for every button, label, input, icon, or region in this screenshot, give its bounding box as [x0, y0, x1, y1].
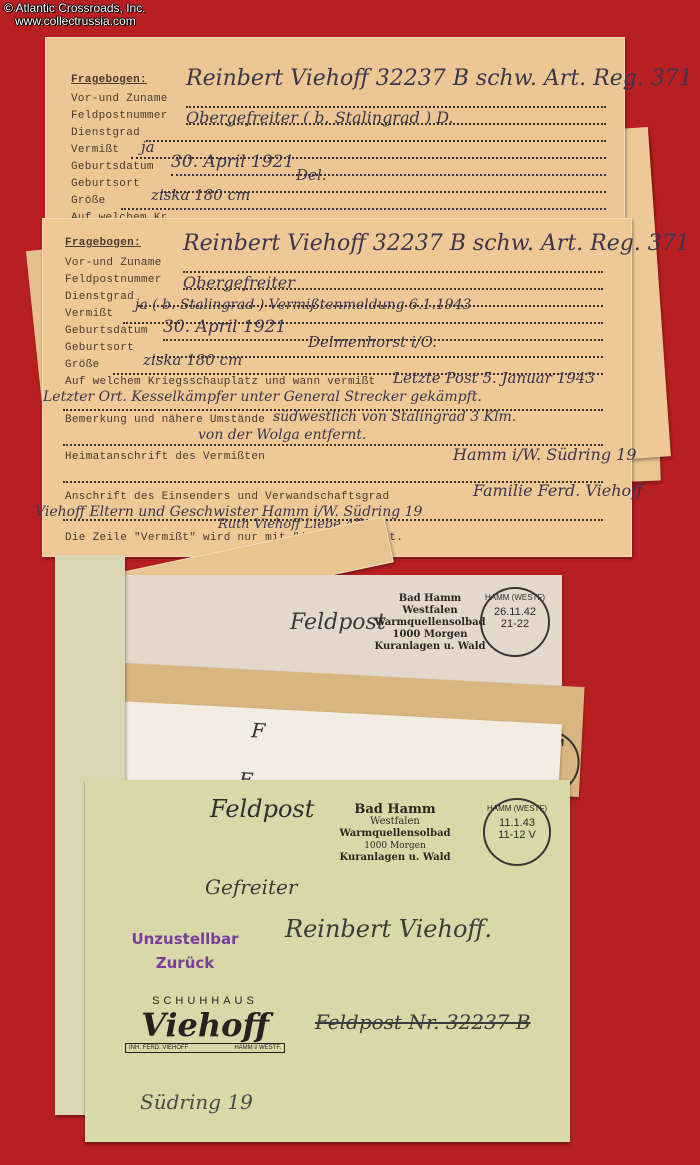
feldpost-number: Feldpost Nr. 32237 B: [315, 1010, 531, 1034]
front-height-handwriting: ziska 180 cm: [143, 351, 242, 369]
heimat-label: Heimatanschrift des Vermißten: [65, 451, 265, 463]
back-field-label: Größe: [71, 195, 106, 207]
back-field-label: Vor-und Zuname: [71, 93, 168, 105]
front-questionnaire-card: Fragebogen: Vor-und Zuname Feldpostnumme…: [42, 218, 632, 557]
front-name-handwriting: Reinbert Viehoff 32237 B schw. Art. Reg.…: [183, 231, 690, 256]
back-name-handwriting: Reinbert Viehoff 32237 B schw. Art. Reg.…: [186, 66, 693, 91]
envelope-1-slogan-stamp: Bad Hamm Westfalen Warmquellensolbad 100…: [360, 593, 500, 653]
front-field-label: Vor-und Zuname: [65, 257, 162, 269]
front-envelope-postmark: HAMM (WESTF) 11.1.43 11-12 V: [483, 798, 551, 866]
front-field-label: Geburtsort: [65, 342, 134, 354]
schuhhaus-viehoff-logo: SCHUHHAUS Viehoff INH. FERD. VIEHOFF HAM…: [125, 995, 285, 1053]
bemerkung-line2-handwriting: von der Wolga entfernt.: [198, 427, 366, 443]
front-card-title: Fragebogen:: [65, 237, 141, 249]
back-field-label: Geburtsdatum: [71, 161, 154, 173]
back-height-handwriting: ziska 180 cm: [151, 186, 250, 204]
front-birthplace-handwriting: Delmenhorst i/O.: [308, 333, 437, 351]
front-field-label: Geburtsdatum: [65, 325, 148, 337]
kriegsschauplatz-label: Auf welchem Kriegsschauplatz und wann ve…: [65, 376, 376, 388]
front-field-label: Größe: [65, 359, 100, 371]
front-envelope-slogan-stamp: Bad Hamm Westfalen Warmquellensolbad 100…: [325, 804, 465, 864]
bemerkung-handwriting: südwestlich von Stalingrad 3 Klm.: [273, 409, 516, 425]
front-missing-handwriting: ja ( b. Stalingrad ) Vermißtenmeldung 6.…: [135, 297, 471, 313]
back-field-label: Vermißt: [71, 144, 119, 156]
front-rank-handwriting: Obergefreiter: [183, 273, 295, 292]
front-envelope-feldpost: Feldpost: [210, 795, 314, 823]
heimat-handwriting: Hamm i/W. Südring 19: [453, 445, 637, 464]
back-birthdate-handwriting: 30. April 1921: [171, 152, 294, 172]
anschrift-handwriting: Familie Ferd. Viehoff: [473, 481, 643, 500]
sender-street: Südring 19: [140, 1090, 253, 1114]
front-birthdate-handwriting: 30. April 1921: [163, 317, 286, 337]
back-missing-handwriting: ja: [141, 138, 155, 156]
envelope-1-postmark: HAMM (WESTF) 26.11.42 21-22: [480, 587, 550, 657]
back-rank-handwriting: Obergefreiter ( b. Stalingrad ) D.: [186, 108, 454, 127]
bemerkung-label: Bemerkung und nähere Umstände: [65, 414, 265, 426]
front-field-label: Vermißt: [65, 308, 113, 320]
copyright-watermark: © Atlantic Crossroads, Inc. www.collectr…: [4, 2, 146, 28]
website-text: www.collectrussia.com: [4, 15, 146, 28]
front-field-label: Feldpostnummer: [65, 274, 162, 286]
kriegsschauplatz-line2-handwriting: Letzter Ort. Kesselkämpfer unter General…: [43, 389, 482, 405]
front-envelope: Feldpost Bad Hamm Westfalen Warmquellens…: [85, 780, 570, 1142]
unzustellbar-stamp: Unzustellbar Zurück: [125, 930, 245, 972]
anschrift-label: Anschrift des Einsenders und Verwandscha…: [65, 491, 389, 503]
kriegsschauplatz-handwriting: Letzte Post 5. Januar 1943: [393, 369, 595, 387]
back-card-title: Fragebogen:: [71, 74, 147, 86]
back-field-label: Feldpostnummer: [71, 110, 168, 122]
recipient-rank: Gefreiter: [205, 875, 297, 899]
front-field-label: Dienstgrad: [65, 291, 134, 303]
back-field-label: Dienstgrad: [71, 127, 140, 139]
back-birthplace-handwriting: Del.: [296, 166, 326, 184]
recipient-name: Reinbert Viehoff.: [285, 915, 492, 943]
back-field-label: Geburtsort: [71, 178, 140, 190]
